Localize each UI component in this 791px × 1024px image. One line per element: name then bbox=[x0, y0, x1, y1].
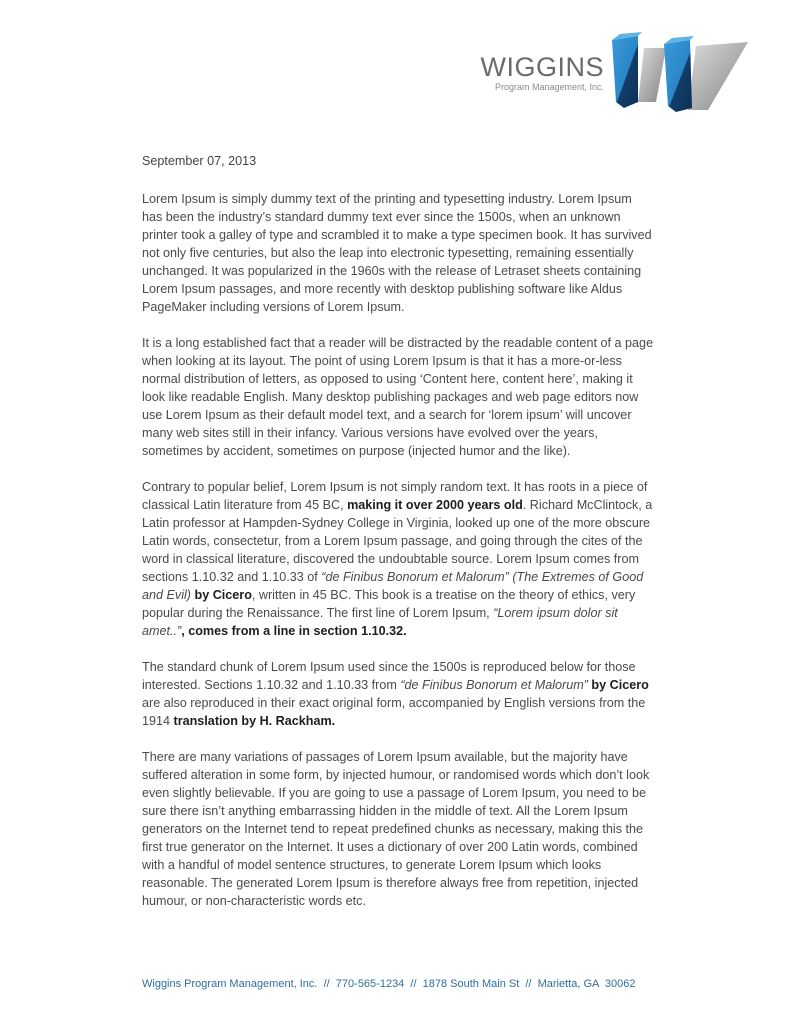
footer-contact: Wiggins Program Management, Inc. // 770-… bbox=[142, 978, 635, 990]
italic-title: “de Finibus Bonorum et Malorum” bbox=[400, 678, 588, 692]
paragraph-5: There are many variations of passages of… bbox=[142, 748, 654, 910]
bold-text: , comes from a line in section 1.10.32. bbox=[181, 624, 406, 638]
bold-text: by Cicero bbox=[191, 588, 252, 602]
logo-name: WIGGINS bbox=[474, 52, 604, 82]
w-bars-logo-icon bbox=[608, 32, 758, 116]
paragraph-4: The standard chunk of Lorem Ipsum used s… bbox=[142, 658, 654, 730]
bold-text: by Cicero bbox=[588, 678, 649, 692]
bold-text: making it over 2000 years old bbox=[347, 498, 523, 512]
paragraph-1: Lorem Ipsum is simply dummy text of the … bbox=[142, 190, 654, 316]
company-logo: WIGGINS Program Management, Inc. bbox=[470, 32, 760, 122]
letter-date: September 07, 2013 bbox=[142, 154, 256, 168]
paragraph-2: It is a long established fact that a rea… bbox=[142, 334, 654, 460]
letter-body: Lorem Ipsum is simply dummy text of the … bbox=[142, 190, 654, 928]
logo-wordmark: WIGGINS Program Management, Inc. bbox=[474, 52, 604, 93]
logo-tagline: Program Management, Inc. bbox=[474, 82, 604, 93]
paragraph-3: Contrary to popular belief, Lorem Ipsum … bbox=[142, 478, 654, 640]
bold-text: translation by H. Rackham. bbox=[174, 714, 336, 728]
